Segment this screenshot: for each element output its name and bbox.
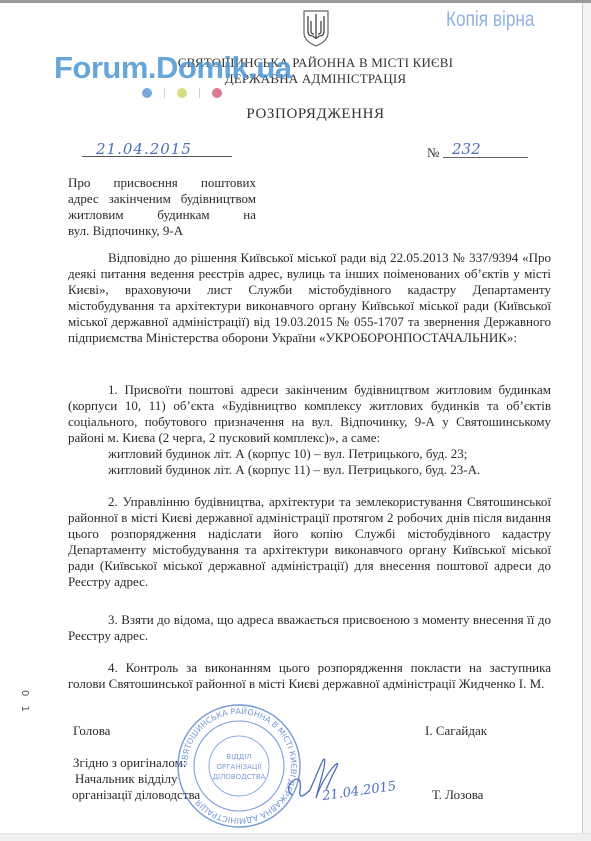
item-4-text: 4. Контроль за виконанням цього розпоряд…: [68, 660, 551, 692]
head-title: Голова: [73, 723, 110, 739]
divider: [199, 88, 200, 98]
yellow-dot-icon: [177, 88, 187, 98]
margin-mark: 0 1: [19, 690, 30, 715]
bottom-border: [0, 833, 591, 841]
trident-icon: [302, 9, 330, 47]
handwritten-number: 232: [452, 140, 481, 158]
document-title: РОЗПОРЯДЖЕННЯ: [0, 106, 591, 123]
preamble-paragraph: Відповідно до рішення Київської міської …: [68, 250, 551, 346]
number-label: №: [427, 145, 439, 161]
pink-dot-icon: [212, 88, 222, 98]
item-3: 3. Взяти до відома, що адреса вважається…: [68, 612, 551, 644]
document-subject: Про присвоєння поштових адрес закінченим…: [68, 175, 256, 239]
copy-certified-stamp: Копія вірна: [446, 8, 535, 32]
blue-dot-icon: [142, 88, 152, 98]
seal-inner-line2: ОРГАНІЗАЦІЇ: [217, 762, 263, 771]
subject-line: Про присвоєння поштових: [68, 175, 256, 191]
item-2-text: 2. Управлінню будівництва, архітектури т…: [68, 494, 551, 590]
certified-name: Т. Лозова: [432, 787, 483, 803]
seal-inner-line3: ДІЛОВОДСТВА: [213, 773, 266, 781]
certified-label: Згідно з оригіналом:: [73, 755, 186, 771]
watermark-logo: Forum.Domik.ua: [54, 50, 292, 86]
subject-line: адрес закінченим будівництвом: [68, 191, 256, 207]
certified-position-line1: Начальник відділу: [75, 771, 178, 787]
item-4: 4. Контроль за виконанням цього розпоряд…: [68, 660, 551, 692]
address-line: житловий будинок літ. А (корпус 10) – ву…: [68, 446, 551, 462]
seal-inner-line1: ВІДДІЛ: [226, 753, 251, 761]
item-3-text: 3. Взяти до відома, що адреса вважається…: [68, 612, 551, 644]
item-2: 2. Управлінню будівництва, архітектури т…: [68, 494, 551, 590]
handwritten-date: 21.04.2015: [96, 140, 192, 158]
head-name: І. Сагайдак: [425, 723, 487, 739]
subject-line: вул. Відпочинку, 9-А: [68, 223, 256, 239]
subject-line: житловим будинкам на: [68, 207, 256, 223]
item-1: 1. Присвоїти поштові адреси закінченим б…: [68, 382, 551, 478]
item-1-text: 1. Присвоїти поштові адреси закінченим б…: [68, 382, 551, 446]
watermark-dots: [142, 86, 222, 100]
preamble-text: Відповідно до рішення Київської міської …: [68, 250, 551, 346]
address-line: житловий будинок літ. А (корпус 11) – ву…: [68, 462, 551, 478]
divider: [164, 88, 165, 98]
